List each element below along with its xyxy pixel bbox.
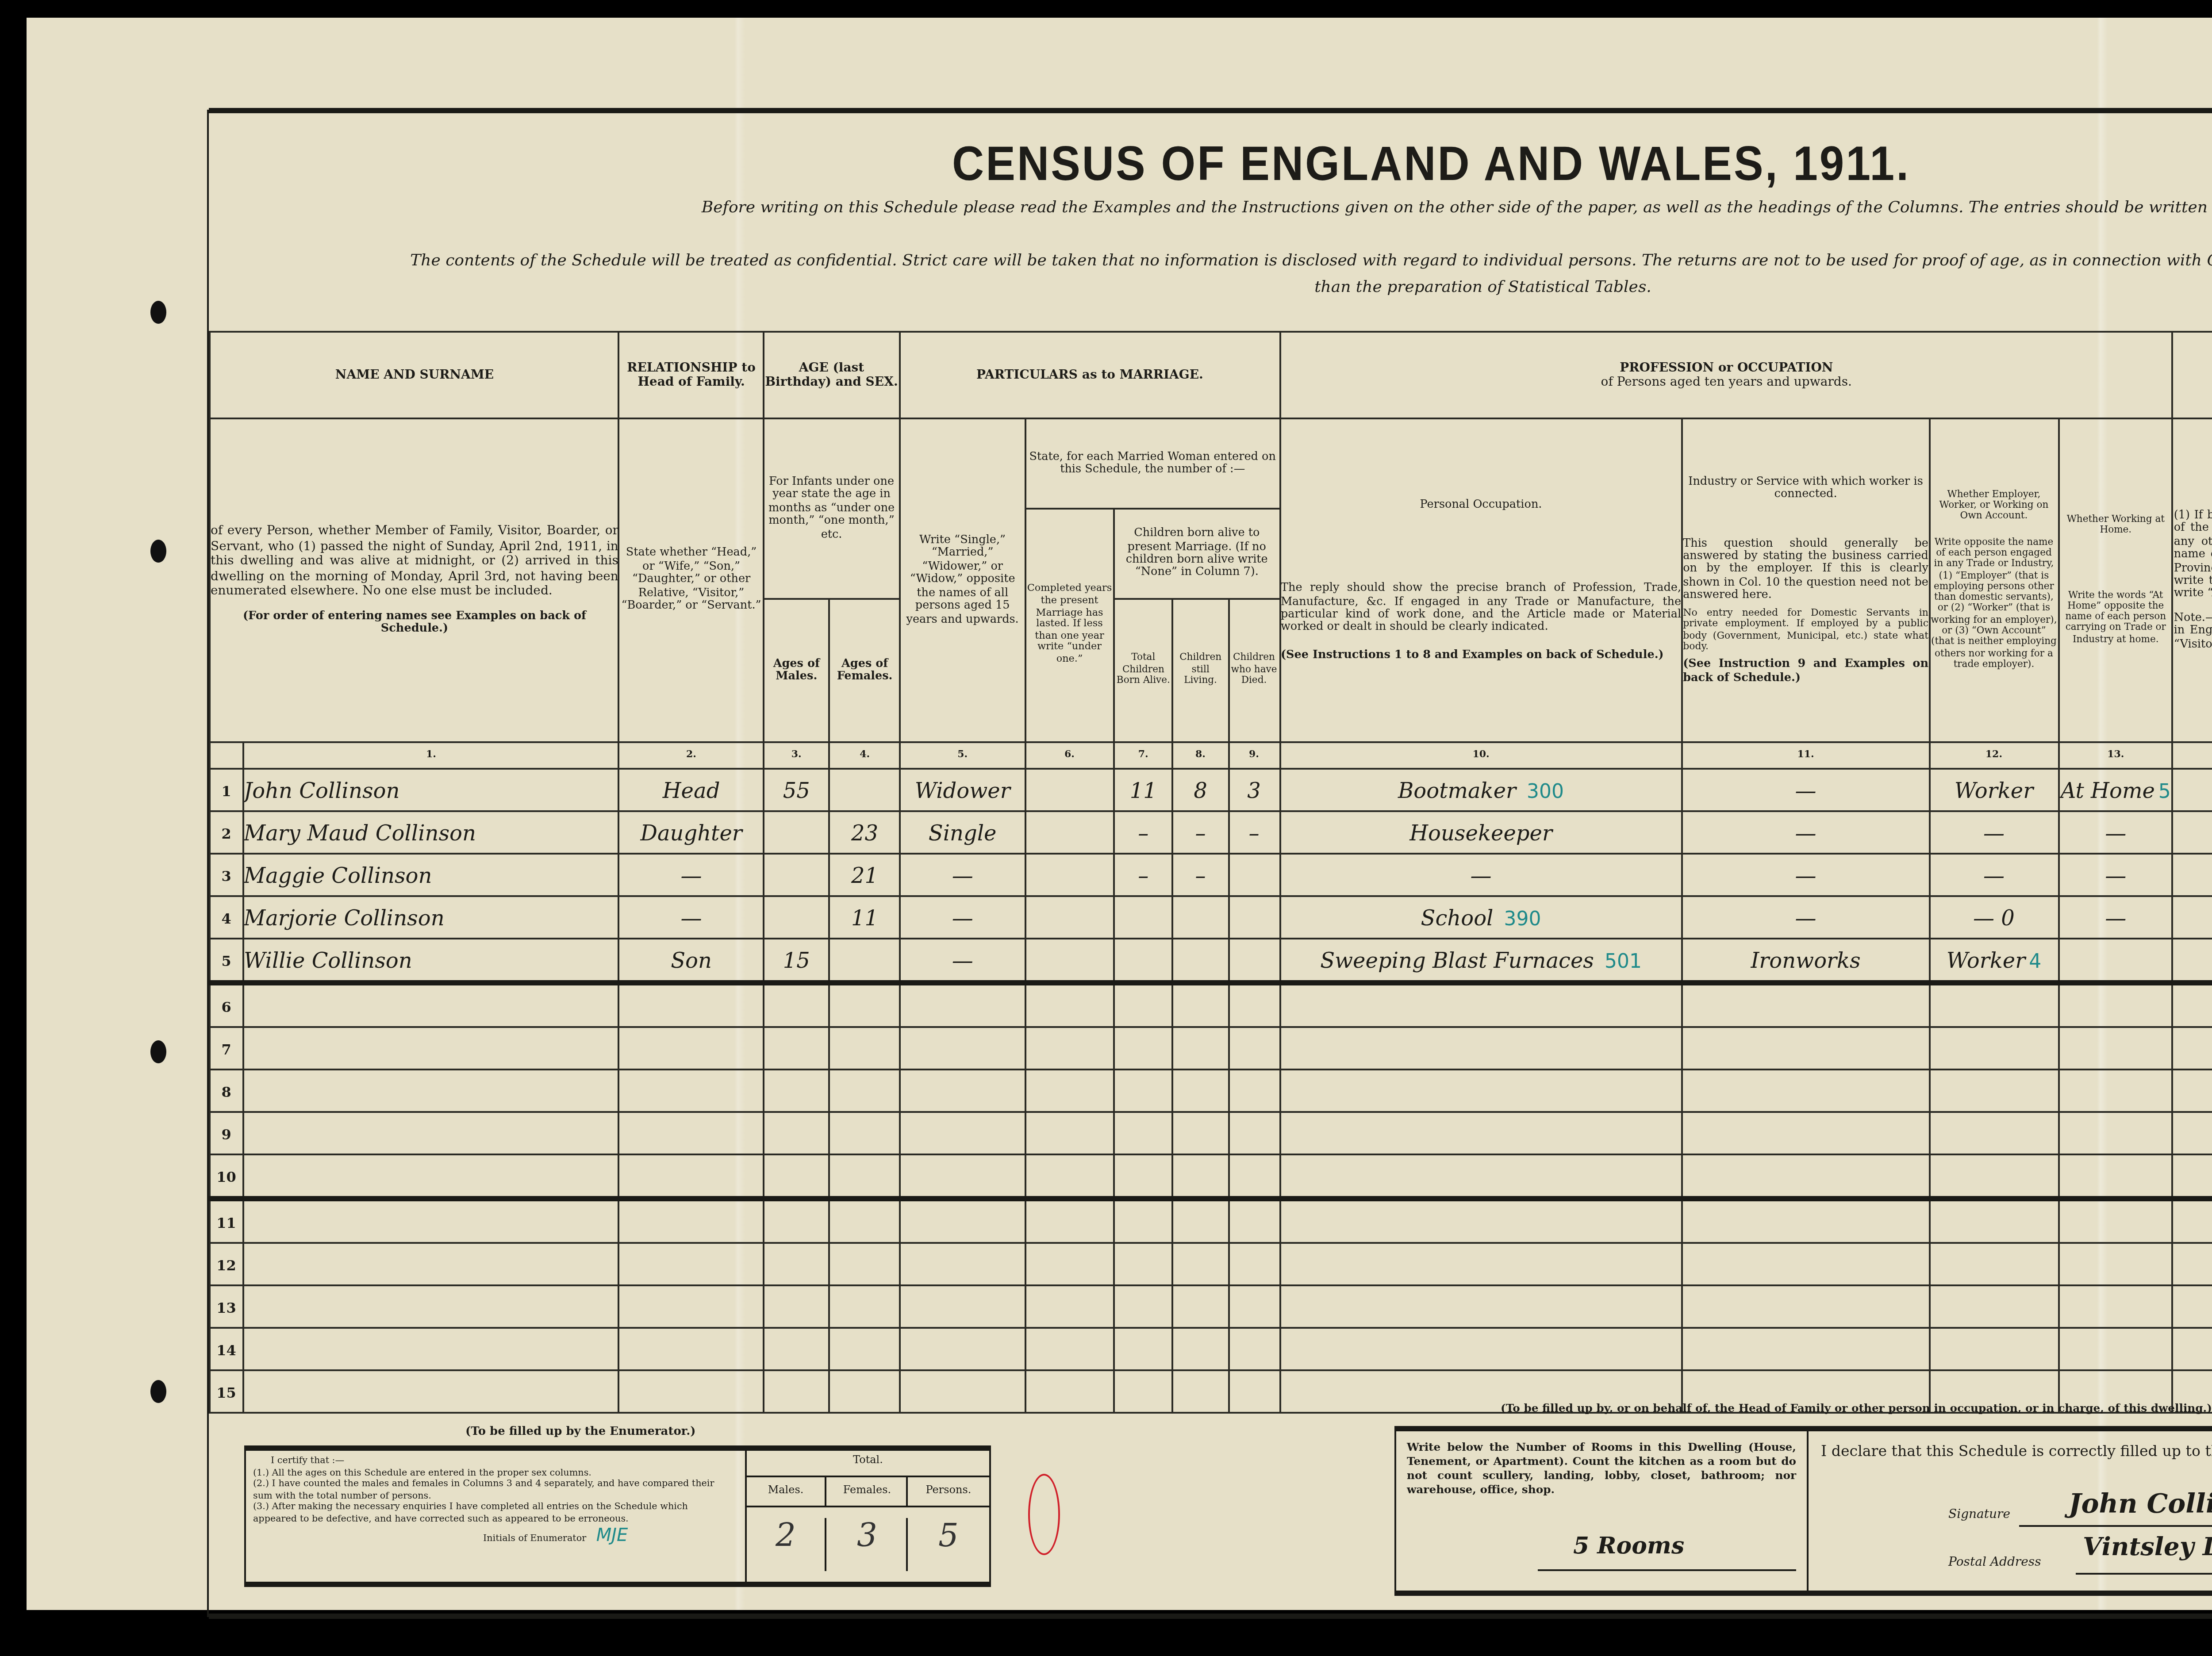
children-living-cell[interactable] (1173, 1112, 1228, 1154)
industry-cell-text: — (1795, 862, 1816, 887)
column-number: 13. (2058, 742, 2173, 769)
industry-cell[interactable]: — (1682, 811, 1929, 854)
relationship-cell[interactable]: Son (619, 939, 763, 983)
row-number: 1 (210, 769, 243, 811)
years-married-cell[interactable] (1025, 854, 1114, 896)
industry-cell[interactable] (1682, 1069, 1929, 1112)
industry-cell[interactable]: — (1682, 854, 1929, 896)
age-male-cell[interactable] (763, 1027, 829, 1069)
footer-section: (To be filled up by the Enumerator.) I c… (209, 1421, 2212, 1615)
relationship-cell-text: Daughter (640, 820, 742, 845)
birthplace-cell[interactable] (2173, 1328, 2212, 1370)
children-living-cell[interactable]: – (1173, 854, 1228, 896)
row-number-text: 6 (221, 997, 231, 1015)
children-born-cell[interactable]: 11 (1114, 769, 1173, 811)
at-home-desc: Write the words “At Home” opposite the n… (2059, 590, 2172, 646)
industry-cell[interactable] (1682, 983, 1929, 1027)
relationship-cell[interactable] (619, 1285, 763, 1328)
relationship-cell[interactable] (619, 1370, 763, 1413)
age-female-cell[interactable]: 21 (829, 854, 900, 896)
age-male-cell[interactable] (763, 1069, 829, 1112)
age-male-cell[interactable] (763, 1328, 829, 1370)
enumerator-certification: I certify that :— (1.) All the ages on t… (253, 1456, 731, 1545)
row-number: 9 (210, 1112, 243, 1154)
enumerator-certificate-box: I certify that :— (1.) All the ages on t… (244, 1445, 991, 1587)
age-female-cell[interactable] (829, 1112, 900, 1154)
occupation-cell[interactable]: Sweeping Blast Furnaces501 (1280, 939, 1682, 983)
children-born-cell[interactable] (1114, 1027, 1173, 1069)
marital-status-cell[interactable]: — (900, 896, 1025, 939)
row-number: 2 (210, 811, 243, 854)
age-male-cell[interactable] (763, 1243, 829, 1285)
occupation-cell[interactable] (1280, 1069, 1682, 1112)
age-male-cell[interactable] (763, 1285, 829, 1328)
working-at-home-cell[interactable] (2058, 1027, 2173, 1069)
children-living-cell[interactable] (1173, 1154, 1228, 1199)
age-male-cell[interactable] (763, 1154, 829, 1199)
children-born-cell[interactable] (1114, 896, 1173, 939)
employer-status-cell-text: — (1983, 820, 2005, 845)
children-died-cell[interactable] (1228, 1328, 1280, 1370)
occupation-cell[interactable] (1280, 983, 1682, 1027)
age-female-cell[interactable]: 23 (829, 811, 900, 854)
children-living-cell[interactable]: – (1173, 811, 1228, 854)
children-born-cell-text: – (1138, 862, 1148, 887)
table-row: 7 (210, 1027, 2212, 1069)
age-female-cell[interactable] (829, 1069, 900, 1112)
household-table: NAME AND SURNAME RELATIONSHIP to Head of… (209, 331, 2212, 1414)
children-died-cell[interactable] (1228, 1285, 1280, 1328)
children-born-cell-text: 11 (1130, 778, 1157, 802)
occupation-cell[interactable] (1280, 1328, 1682, 1370)
occupation-cell[interactable]: School390 (1280, 896, 1682, 939)
industry-cell[interactable] (1682, 1243, 1929, 1285)
age-male-cell[interactable]: 15 (763, 939, 829, 983)
children-died-cell[interactable]: 3 (1228, 769, 1280, 811)
working-at-home-cell[interactable] (2058, 1154, 2173, 1199)
birthplace-cell[interactable] (2173, 1027, 2212, 1069)
years-married-cell[interactable] (1025, 983, 1114, 1027)
occupation-cell[interactable] (1280, 1199, 1682, 1243)
working-at-home-cell[interactable] (2058, 1112, 2173, 1154)
working-at-home-cell[interactable] (2058, 1328, 2173, 1370)
age-female-cell[interactable]: 11 (829, 896, 900, 939)
birthplace-cell[interactable]: — (2173, 811, 2212, 854)
relationship-cell[interactable] (619, 1154, 763, 1199)
marital-status-cell[interactable] (900, 1154, 1025, 1199)
children-living-cell[interactable]: 8 (1173, 769, 1228, 811)
birthplace-cell[interactable]: Consett Durham (2173, 769, 2212, 811)
marital-status-cell[interactable]: Single (900, 811, 1025, 854)
column-number: 9. (1228, 742, 1280, 769)
age-male-cell[interactable] (763, 1199, 829, 1243)
children-born-cell[interactable] (1114, 939, 1173, 983)
marital-status-cell[interactable] (900, 1328, 1025, 1370)
subheader-birthplace: (1) If born in the United Kingdom, write… (2173, 418, 2212, 742)
age-male-cell[interactable] (763, 1370, 829, 1413)
birthplace-cell[interactable] (2173, 1243, 2212, 1285)
males-total[interactable]: 2 (747, 1518, 825, 1555)
industry-cell[interactable]: — (1682, 769, 1929, 811)
children-born-cell[interactable]: – (1114, 811, 1173, 854)
subheader-children-living: Children still Living. (1173, 599, 1228, 742)
employer-status-cell[interactable]: — 0 (1929, 896, 2058, 939)
years-married-cell[interactable] (1025, 1370, 1114, 1413)
table-row: 12 (210, 1243, 2212, 1285)
years-married-cell[interactable] (1025, 1199, 1114, 1243)
children-born-cell[interactable] (1114, 1199, 1173, 1243)
marital-status-cell[interactable] (900, 1069, 1025, 1112)
children-born-cell[interactable]: – (1114, 854, 1173, 896)
name-cell[interactable]: Willie Collinson (243, 939, 619, 983)
column-number: 6. (1025, 742, 1114, 769)
children-died-cell[interactable] (1228, 1027, 1280, 1069)
years-married-cell[interactable] (1025, 1069, 1114, 1112)
row-number: 5 (210, 939, 243, 983)
age-male-cell-text: 15 (783, 947, 810, 972)
children-born-cell[interactable] (1114, 1243, 1173, 1285)
occupation-cell[interactable] (1280, 1027, 1682, 1069)
name-cell[interactable]: Marjorie Collinson (243, 896, 619, 939)
working-at-home-cell[interactable] (2058, 1285, 2173, 1328)
table-row: 2Mary Maud CollinsonDaughter23Single–––H… (210, 811, 2212, 854)
header-birthplace-sub: of every person. (2174, 375, 2212, 389)
certify-intro: I certify that :— (253, 1456, 731, 1468)
children-died-cell[interactable] (1228, 1112, 1280, 1154)
relationship-cell[interactable]: — (619, 854, 763, 896)
age-female-cell[interactable] (829, 1027, 900, 1069)
relationship-cell[interactable]: — (619, 896, 763, 939)
children-died-cell[interactable] (1228, 983, 1280, 1027)
children-died-cell[interactable] (1228, 939, 1280, 983)
age-male-cell[interactable] (763, 1112, 829, 1154)
occupation-cell[interactable]: Housekeeper (1280, 811, 1682, 854)
marital-status-cell[interactable]: — (900, 854, 1025, 896)
children-living-cell-text: 8 (1194, 778, 1207, 802)
row-number-text: 12 (216, 1255, 236, 1273)
name-cell[interactable]: Maggie Collinson (243, 854, 619, 896)
occupation-cell[interactable] (1280, 1154, 1682, 1199)
name-cell[interactable] (243, 1069, 619, 1112)
children-living-cell[interactable] (1173, 1069, 1228, 1112)
industry-desc: This question should generally be answer… (1683, 537, 1928, 603)
rooms-value[interactable]: 5 Rooms (1573, 1534, 1684, 1560)
marital-status-cell[interactable] (900, 1199, 1025, 1243)
relationship-cell-text: — (681, 905, 702, 930)
years-married-cell[interactable] (1025, 1027, 1114, 1069)
marital-status-cell[interactable] (900, 1027, 1025, 1069)
occupation-cell-text: Bootmaker (1398, 778, 1516, 802)
working-at-home-cell[interactable] (2058, 939, 2173, 983)
working-at-home-cell[interactable]: — (2058, 854, 2173, 896)
years-married-cell[interactable] (1025, 811, 1114, 854)
working-at-home-cell-text: — (2105, 820, 2126, 845)
persons-total[interactable]: 5 (906, 1518, 989, 1571)
age-female-cell[interactable] (829, 769, 900, 811)
children-died-cell[interactable] (1228, 896, 1280, 939)
relationship-cell[interactable]: Daughter (619, 811, 763, 854)
children-living-cell[interactable] (1173, 1285, 1228, 1328)
subheader-name: of every Person, whether Member of Famil… (210, 418, 619, 742)
table-row: 5Willie CollinsonSon15—Sweeping Blast Fu… (210, 939, 2212, 983)
age-female-cell-text: 21 (851, 862, 878, 887)
industry-cell[interactable] (1682, 1328, 1929, 1370)
column-number: 5. (900, 742, 1025, 769)
age-male-cell[interactable] (763, 896, 829, 939)
age-male-cell[interactable] (763, 854, 829, 896)
working-at-home-cell[interactable] (2058, 1199, 2173, 1243)
employer-status-cell[interactable] (1929, 1069, 2058, 1112)
children-living-cell[interactable] (1173, 1243, 1228, 1285)
relationship-cell[interactable] (619, 983, 763, 1027)
working-at-home-cell[interactable] (2058, 983, 2173, 1027)
age-female-cell[interactable] (829, 1199, 900, 1243)
birthplace-cell[interactable] (2173, 1154, 2212, 1199)
children-born-cell[interactable] (1114, 1112, 1173, 1154)
table-row: 14 (210, 1328, 2212, 1370)
birthplace-cell[interactable]: — (2173, 854, 2212, 896)
marital-status-cell[interactable] (900, 1112, 1025, 1154)
row-number: 13 (210, 1285, 243, 1328)
years-married-cell[interactable] (1025, 939, 1114, 983)
row-number: 12 (210, 1243, 243, 1285)
children-died-cell[interactable] (1228, 1370, 1280, 1413)
occupation-cell[interactable] (1280, 1285, 1682, 1328)
name-cell-text: John Collinson (244, 778, 399, 802)
children-living-cell[interactable] (1173, 896, 1228, 939)
industry-cell[interactable] (1682, 1199, 1929, 1243)
relationship-cell[interactable] (619, 1112, 763, 1154)
confidential-line: The contents of the Schedule will be tre… (209, 253, 2212, 271)
row-number-text: 13 (216, 1298, 236, 1315)
females-total[interactable]: 3 (825, 1518, 908, 1571)
subheader-industry: Industry or Service with which worker is… (1682, 418, 1929, 742)
children-died-cell[interactable] (1228, 1154, 1280, 1199)
postal-address-value[interactable]: Vintsley Lane Consett Durham (2083, 1534, 2212, 1562)
employer-status-cell[interactable]: Worker4 (1929, 939, 2058, 983)
age-female-cell[interactable] (829, 1328, 900, 1370)
table-row: 3Maggie Collinson—21—––————— (210, 854, 2212, 896)
column-number: 2. (619, 742, 763, 769)
working-at-home-cell[interactable] (2058, 1243, 2173, 1285)
name-cell[interactable] (243, 1370, 619, 1413)
children-living-cell[interactable] (1173, 1027, 1228, 1069)
total-label: Total. (747, 1454, 989, 1467)
census-schedule-page: CENSUS OF ENGLAND AND WALES, 1911. Befor… (27, 18, 2212, 1610)
employer-status-cell[interactable] (1929, 1285, 2058, 1328)
age-male-cell[interactable] (763, 811, 829, 854)
age-male-cell[interactable]: 55 (763, 769, 829, 811)
marital-status-cell[interactable] (900, 1243, 1025, 1285)
years-married-cell[interactable] (1025, 1285, 1114, 1328)
children-living-cell[interactable] (1173, 939, 1228, 983)
subheader-ages-females: Ages of Females. (829, 599, 900, 742)
age-female-cell[interactable] (829, 939, 900, 983)
industry-cell[interactable] (1682, 1112, 1929, 1154)
birthplace-cell[interactable] (2173, 1199, 2212, 1243)
employer-status-cell[interactable] (1929, 1112, 2058, 1154)
employer-status-cell[interactable]: — (1929, 854, 2058, 896)
at-home-title: Whether Working at Home. (2059, 515, 2172, 537)
name-cell[interactable] (243, 1285, 619, 1328)
years-married-cell[interactable] (1025, 1243, 1114, 1285)
children-living-cell[interactable] (1173, 1370, 1228, 1413)
birthplace-cell[interactable] (2173, 1285, 2212, 1328)
relationship-cell[interactable] (619, 1199, 763, 1243)
children-died-cell[interactable] (1228, 1199, 1280, 1243)
age-female-cell[interactable] (829, 1154, 900, 1199)
row-number-text: 9 (221, 1124, 231, 1142)
header-birthplace-title: BIRTHPLACE (2174, 361, 2212, 375)
table-row: 1John CollinsonHead55Widower1183Bootmake… (210, 769, 2212, 811)
marital-status-cell[interactable]: Widower (900, 769, 1025, 811)
employer-status-cell[interactable]: — (1929, 811, 2058, 854)
children-died-cell[interactable] (1228, 1243, 1280, 1285)
row-number-text: 5 (221, 951, 231, 969)
punch-hole (150, 301, 166, 324)
rooms-instruction: Write below the Number of Rooms in this … (1407, 1442, 1796, 1499)
occupation-code: 501 (1605, 949, 1642, 972)
birthplace-cell[interactable]: — (2173, 939, 2212, 983)
occupation-cell[interactable] (1280, 1243, 1682, 1285)
subheader-married-woman: State, for each Married Woman entered on… (1025, 418, 1280, 509)
name-cell[interactable] (243, 1243, 619, 1285)
row-number: 7 (210, 1027, 243, 1069)
employer-status-cell[interactable] (1929, 1328, 2058, 1370)
years-married-cell[interactable] (1025, 896, 1114, 939)
enumerator-caption: (To be filled up by the Enumerator.) (465, 1424, 696, 1438)
marital-status-cell[interactable] (900, 1370, 1025, 1413)
signature-value[interactable]: John Collinson (2069, 1488, 2212, 1520)
industry-cell[interactable] (1682, 1027, 1929, 1069)
years-married-cell[interactable] (1025, 1112, 1114, 1154)
age-female-cell[interactable] (829, 1285, 900, 1328)
working-at-home-cell[interactable]: At Home5 (2058, 769, 2173, 811)
males-label: Males. (747, 1476, 825, 1507)
occupation-cell[interactable]: — (1280, 854, 1682, 896)
children-living-cell[interactable] (1173, 1328, 1228, 1370)
children-born-cell[interactable] (1114, 1370, 1173, 1413)
name-cell[interactable] (243, 1027, 619, 1069)
header-age: AGE (last Birthday) and SEX. (763, 332, 900, 418)
children-born-cell[interactable] (1114, 1154, 1173, 1199)
children-died-cell-text: – (1249, 820, 1260, 845)
name-cell-text: Marjorie Collinson (244, 905, 445, 930)
years-married-cell[interactable] (1025, 1328, 1114, 1370)
years-married-cell[interactable] (1025, 1154, 1114, 1199)
row-number-text: 1 (221, 781, 231, 799)
children-died-cell[interactable] (1228, 854, 1280, 896)
birthplace-cell[interactable] (2173, 1112, 2212, 1154)
children-born-cell[interactable] (1114, 983, 1173, 1027)
relationship-cell[interactable] (619, 1243, 763, 1285)
age-female-cell[interactable] (829, 983, 900, 1027)
totals-box: Total. Males. Females. Persons. 2 3 5 (745, 1451, 989, 1582)
working-at-home-cell[interactable]: — (2058, 896, 2173, 939)
age-female-cell[interactable] (829, 1243, 900, 1285)
children-living-cell[interactable] (1173, 983, 1228, 1027)
occupation-cell[interactable]: Bootmaker300 (1280, 769, 1682, 811)
children-living-cell[interactable] (1173, 1199, 1228, 1243)
industry-cell[interactable]: Ironworks (1682, 939, 1929, 983)
name-cell-text: Maggie Collinson (244, 862, 432, 887)
rooms-box: Write below the Number of Rooms in this … (1396, 1431, 1809, 1591)
employer-status-cell[interactable] (1929, 1154, 2058, 1199)
name-cell[interactable] (243, 1112, 619, 1154)
age-female-cell-text: 11 (851, 905, 878, 930)
relationship-cell[interactable] (619, 1069, 763, 1112)
children-born-cell[interactable] (1114, 1069, 1173, 1112)
age-female-cell[interactable] (829, 1370, 900, 1413)
birthplace-cell[interactable] (2173, 983, 2212, 1027)
employer-status-cell[interactable] (1929, 1027, 2058, 1069)
column-number: 8. (1173, 742, 1228, 769)
marital-status-cell[interactable] (900, 1285, 1025, 1328)
occupation-cell[interactable] (1280, 1112, 1682, 1154)
rooms-underline (1538, 1569, 1796, 1571)
working-at-home-cell[interactable]: — (2058, 811, 2173, 854)
name-cell[interactable]: John Collinson (243, 769, 619, 811)
relationship-cell[interactable] (619, 1027, 763, 1069)
declaration-text: I declare that this Schedule is correctl… (1821, 1442, 2212, 1460)
name-cell[interactable] (243, 1328, 619, 1370)
relationship-cell-text: — (681, 862, 702, 887)
header-birthplace: BIRTHPLACE of every person. (2173, 332, 2212, 418)
children-died-cell[interactable]: – (1228, 811, 1280, 854)
punch-hole (150, 540, 166, 563)
header-relationship: RELATIONSHIP to Head of Family. (619, 332, 763, 418)
name-cell[interactable] (243, 1199, 619, 1243)
table-row: 4Marjorie Collinson—11—School390—— 0—— (210, 896, 2212, 939)
working-at-home-cell[interactable] (2058, 1069, 2173, 1112)
name-cell[interactable]: Mary Maud Collinson (243, 811, 619, 854)
industry-cell[interactable] (1682, 1154, 1929, 1199)
name-cell-text: Willie Collinson (244, 947, 412, 972)
industry-cell[interactable]: — (1682, 896, 1929, 939)
row-number-text: 14 (216, 1340, 236, 1358)
employer-status-cell[interactable] (1929, 1199, 2058, 1243)
children-died-cell[interactable] (1228, 1069, 1280, 1112)
years-married-cell[interactable] (1025, 769, 1114, 811)
marital-status-cell-text: — (952, 905, 973, 930)
subheader-completed-years: Completed years the present Marriage has… (1025, 509, 1114, 742)
marital-status-cell[interactable] (900, 983, 1025, 1027)
children-born-cell[interactable] (1114, 1328, 1173, 1370)
relationship-cell[interactable] (619, 1328, 763, 1370)
industry-desc-2: No entry needed for Domestic Servants in… (1683, 608, 1928, 654)
personal-occupation-desc: The reply should show the precise branch… (1281, 583, 1681, 635)
name-cell[interactable] (243, 983, 619, 1027)
column-number: 14. (2173, 742, 2212, 769)
relationship-cell[interactable]: Head (619, 769, 763, 811)
employer-status-cell[interactable]: Worker (1929, 769, 2058, 811)
subheader-relationship: State whether “Head,” or “Wife,” “Son,” … (619, 418, 763, 742)
name-cell-text: Mary Maud Collinson (244, 820, 476, 845)
initials-label: Initials of Enumerator (483, 1534, 586, 1545)
employer-status-cell[interactable] (1929, 983, 2058, 1027)
employer-status-cell[interactable] (1929, 1243, 2058, 1285)
children-born-cell[interactable] (1114, 1285, 1173, 1328)
initials-value[interactable]: MJE (596, 1527, 628, 1546)
age-male-cell[interactable] (763, 983, 829, 1027)
birthplace-cell[interactable]: — (2173, 896, 2212, 939)
birthplace-cell[interactable] (2173, 1069, 2212, 1112)
name-cell[interactable] (243, 1154, 619, 1199)
marital-status-cell[interactable]: — (900, 939, 1025, 983)
working-at-home-cell-text: — (2105, 862, 2126, 887)
industry-cell[interactable] (1682, 1285, 1929, 1328)
table-row: 6 (210, 983, 2212, 1027)
